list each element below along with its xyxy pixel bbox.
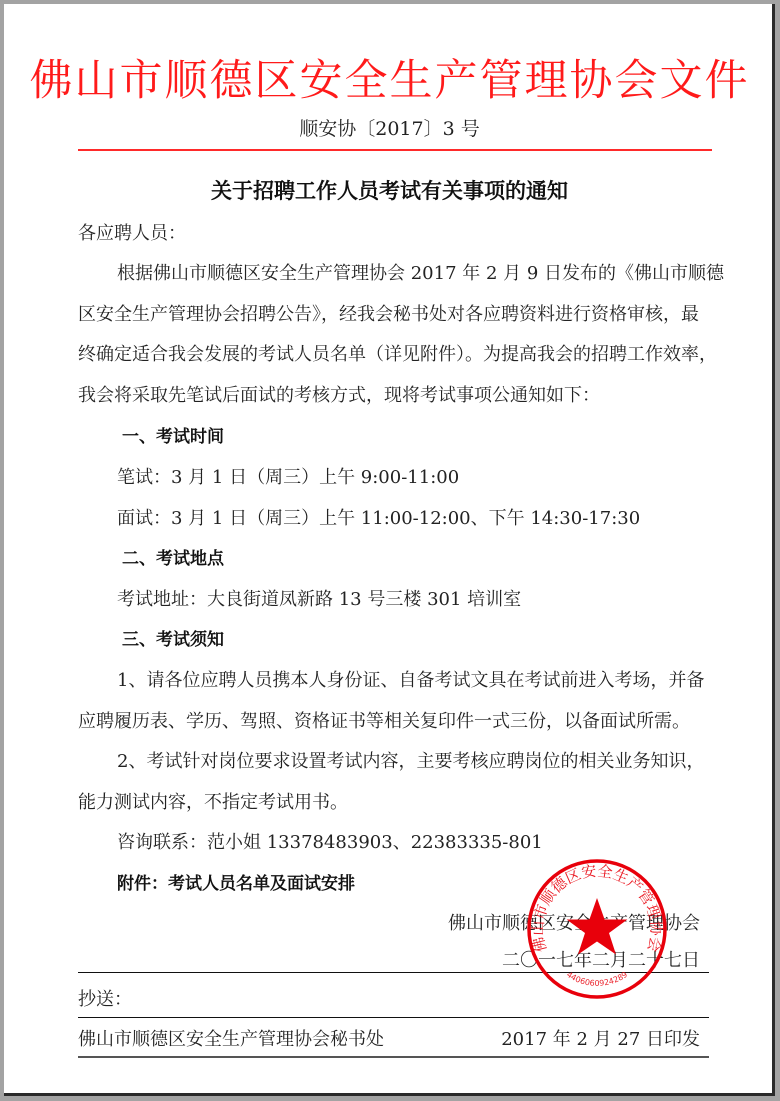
- print-date: 2017 年 2 月 27 日印发: [501, 1028, 700, 1052]
- footer-divider-middle: [78, 1017, 709, 1018]
- svg-text:佛山市顺德区安全生产管理协会: 佛山市顺德区安全生产管理协会: [529, 862, 665, 954]
- intro-line-1: 根据佛山市顺德区安全生产管理协会 2017 年 2 月 9 日发布的《佛山市顺德: [117, 262, 724, 286]
- section-heading-location: 二、考试地点: [122, 547, 224, 571]
- rule-2-line-1: 2、考试针对岗位要求设置考试内容，主要考核应聘岗位的相关业务知识，: [117, 750, 704, 774]
- attachment-label: 附件：考试人员名单及面试安排: [117, 872, 355, 896]
- contact-info: 咨询联系：范小姐 13378483903、22383335-801: [117, 831, 543, 855]
- signature-date: 二〇一七年二月二十七日: [502, 949, 700, 973]
- interview-time: 面试：3 月 1 日（周三）上午 11:00-12:00、下午 14:30-17…: [117, 507, 640, 531]
- red-header-divider: [78, 149, 712, 151]
- rule-1-line-1: 1、请各位应聘人员携本人身份证、自备考试文具在考试前进入考场，并备: [117, 669, 704, 693]
- section-heading-rules: 三、考试须知: [122, 628, 224, 652]
- intro-line-2: 区安全生产管理协会招聘公告》，经我会秘书处对各应聘资料进行资格审核，最: [78, 303, 699, 327]
- salutation: 各应聘人员：: [78, 222, 186, 246]
- issuer: 佛山市顺德区安全生产管理协会秘书处: [78, 1028, 384, 1052]
- section-heading-time: 一、考试时间: [122, 425, 224, 449]
- cc-label: 抄送：: [78, 988, 132, 1012]
- exam-address: 考试地址：大良街道凤新路 13 号三楼 301 培训室: [117, 588, 521, 612]
- written-exam-time: 笔试：3 月 1 日（周三）上午 9:00-11:00: [117, 466, 459, 490]
- document-page: 佛山市顺德区安全生产管理协会文件 顺安协〔2017〕3 号 关于招聘工作人员考试…: [4, 4, 775, 1096]
- footer-divider-bottom: [78, 1056, 709, 1058]
- signature-org: 佛山市顺德区安全生产管理协会: [448, 912, 700, 936]
- intro-line-4: 我会将采取先笔试后面试的考核方式，现将考试事项公通知如下：: [78, 384, 600, 408]
- document-number: 顺安协〔2017〕3 号: [4, 116, 775, 142]
- org-document-title: 佛山市顺德区安全生产管理协会文件: [4, 52, 775, 110]
- notice-title: 关于招聘工作人员考试有关事项的通知: [4, 176, 775, 206]
- footer-divider-top: [78, 972, 709, 973]
- rule-1-line-2: 应聘履历表、学历、驾照、资格证书等相关复印件一式三份，以备面试所需。: [78, 710, 690, 734]
- rule-2-line-2: 能力测试内容，不指定考试用书。: [78, 791, 348, 815]
- intro-line-3: 终确定适合我会发展的考试人员名单（详见附件）。为提高我会的招聘工作效率，: [78, 343, 717, 367]
- seal-ring-text: 佛山市顺德区安全生产管理协会: [529, 862, 665, 954]
